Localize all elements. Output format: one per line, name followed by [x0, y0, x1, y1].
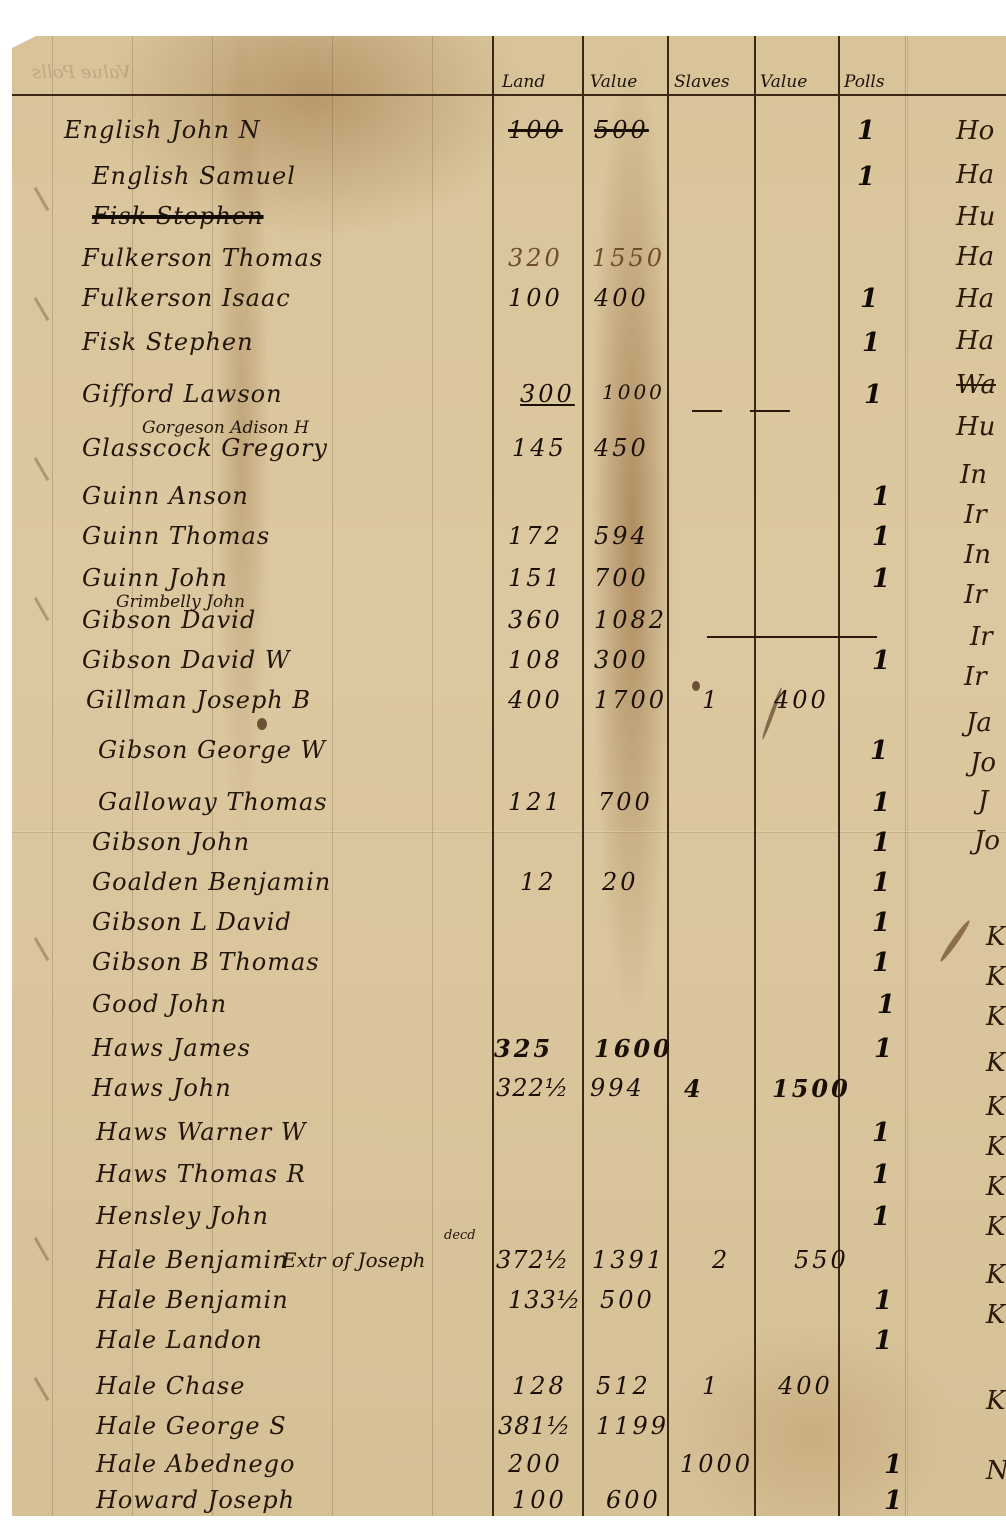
ledger-row: Guinn Thomas 172 594 1: [12, 522, 1006, 556]
slaves-count: 2: [712, 1246, 730, 1274]
land-value: 300: [594, 646, 649, 674]
polls-count: 1: [870, 736, 888, 766]
polls-count: 1: [860, 284, 878, 314]
taxpayer-name: Goalden Benjamin: [92, 868, 331, 896]
polls-count: 1: [872, 1160, 890, 1190]
taxpayer-name: Hale Benjamin: [96, 1286, 289, 1314]
land-value: 594: [594, 522, 649, 550]
land-value: 512: [596, 1372, 651, 1400]
adjacent-fragment: Ho: [956, 116, 994, 146]
polls-count: 1: [857, 162, 875, 192]
taxpayer-name: Hale Landon: [96, 1326, 263, 1354]
taxpayer-name: Guinn Thomas: [82, 522, 270, 550]
slaves-dash: [692, 410, 722, 412]
ledger-row: Howard Joseph 100 600 1: [12, 1486, 1006, 1520]
land-value: 450: [594, 434, 649, 462]
ledger-sheet: Value Polls Land Value Slaves Value Poll…: [12, 36, 1006, 1516]
ledger-row: Good John 1: [12, 990, 1006, 1024]
land-value: 20: [602, 868, 639, 896]
ledger-row: English John N 100 500 1: [12, 116, 1006, 150]
ledger-row: Gibson L David 1: [12, 908, 1006, 942]
land-acres: 360: [508, 606, 563, 634]
adjacent-fragment: K: [986, 1092, 1005, 1122]
adjacent-fragment: Jo: [970, 748, 996, 778]
land-value: 500: [600, 1286, 655, 1314]
adjacent-fragment: Ke: [986, 1386, 1006, 1416]
polls-count: 1: [874, 1034, 892, 1064]
taxpayer-name: Gibson David W: [82, 646, 291, 674]
polls-count: 1: [872, 646, 890, 676]
ledger-row: English Samuel 1: [12, 162, 1006, 196]
slaves-value: 400: [778, 1372, 833, 1400]
slaves-value: 550: [794, 1246, 849, 1274]
taxpayer-name: Gibson David: [82, 606, 256, 634]
ledger-row: Fulkerson Isaac 100 400 1: [12, 284, 1006, 318]
taxpayer-name: Hale Benjamin: [96, 1246, 289, 1274]
adjacent-fragment: K: [986, 1132, 1005, 1162]
polls-count: 1: [857, 116, 875, 146]
slaves-value: 1500: [772, 1074, 851, 1103]
polls-count: 1: [874, 1286, 892, 1316]
land-acres: 12: [520, 868, 557, 896]
ledger-row: Glasscock Gregory 145 450: [12, 434, 1006, 468]
polls-count: 1: [872, 1118, 890, 1148]
land-value: 1550: [592, 244, 665, 272]
taxpayer-name: English Samuel: [92, 162, 296, 190]
taxpayer-name: Hale Chase: [96, 1372, 245, 1400]
adjacent-fragment: K: [986, 1212, 1005, 1242]
ledger-row: Fulkerson Thomas 320 1550: [12, 244, 1006, 278]
taxpayer-name: Good John: [92, 990, 227, 1018]
land-acres: 300: [520, 380, 575, 408]
land-acres: 100: [512, 1486, 567, 1514]
land-acres: 322½: [496, 1074, 569, 1102]
slaves-count: 4: [684, 1074, 704, 1103]
land-value: 1600: [594, 1034, 673, 1063]
taxpayer-name: Haws Thomas R: [96, 1160, 306, 1188]
adjacent-fragment: J: [978, 786, 988, 816]
ledger-row: Guinn Anson 1: [12, 482, 1006, 516]
land-acres: 133½: [508, 1286, 581, 1314]
land-acres: 128: [512, 1372, 567, 1400]
ledger-row: Hale George S 381½ 1199: [12, 1412, 1006, 1446]
taxpayer-name: Fulkerson Isaac: [82, 284, 291, 312]
ledger-row: Haws Warner W 1: [12, 1118, 1006, 1152]
taxpayer-name: Fulkerson Thomas: [82, 244, 323, 272]
taxpayer-name: English John N: [64, 116, 261, 144]
land-acres: 100: [508, 116, 563, 144]
ledger-row: Fisk Stephen: [12, 202, 1006, 236]
taxpayer-name: Gibson B Thomas: [92, 948, 320, 976]
taxpayer-name: Fisk Stephen: [82, 328, 254, 356]
land-value: 400: [594, 284, 649, 312]
executor-note: Extr of Joseph: [282, 1248, 425, 1272]
polls-count: 1: [872, 522, 890, 552]
slaves-count: 1: [702, 686, 720, 714]
adjacent-fragment: N: [986, 1456, 1006, 1486]
taxpayer-name: Haws James: [92, 1034, 251, 1062]
slaves-count: 1: [702, 1372, 720, 1400]
land-value: 600: [606, 1486, 661, 1514]
ledger-row: Haws James 325 1600 1: [12, 1034, 1006, 1068]
land-value: 700: [598, 788, 653, 816]
ledger-row: Hale Benjamin 133½ 500 1: [12, 1286, 1006, 1320]
land-acres: 108: [508, 646, 563, 674]
adjacent-fragment: Ha: [956, 284, 994, 314]
adjacent-fragment: Ir: [964, 580, 987, 610]
polls-count: 1: [872, 908, 890, 938]
adjacent-fragment: K: [986, 1300, 1005, 1330]
taxpayer-name: Hale George S: [96, 1412, 287, 1440]
ledger-row: Gibson John 1: [12, 828, 1006, 862]
ledger-row: Hale Abednego 200 1000 1: [12, 1450, 1006, 1484]
polls-count: 1: [862, 328, 880, 358]
adjacent-fragment: K: [986, 1048, 1005, 1078]
ledger-row: Haws John 322½ 994 4 1500: [12, 1074, 1006, 1108]
land-acres: 381½: [498, 1412, 571, 1440]
polls-count: 1: [872, 948, 890, 978]
taxpayer-name: Hensley John: [96, 1202, 269, 1230]
adjacent-fragment: Hu: [956, 412, 995, 442]
land-value: 1000: [602, 380, 665, 404]
adjacent-fragment: Hu: [956, 202, 995, 232]
adjacent-fragment: Ir: [964, 500, 987, 530]
adjacent-fragment: Ir: [964, 662, 987, 692]
ledger-row: Gillman Joseph B 400 1700 1 400: [12, 686, 1006, 720]
taxpayer-name: Gibson L David: [92, 908, 292, 936]
adjacent-fragment: K: [986, 1260, 1005, 1290]
ledger-entries: English John N 100 500 1 English Samuel …: [12, 36, 1006, 1516]
taxpayer-name: Haws Warner W: [96, 1118, 307, 1146]
slaves-count: 1000: [680, 1450, 753, 1478]
taxpayer-name: Gibson George W: [98, 736, 326, 764]
polls-count: 1: [874, 1326, 892, 1356]
taxpayer-name: Fisk Stephen: [92, 202, 264, 230]
deceased-note: decd: [444, 1228, 476, 1243]
polls-count: 1: [872, 868, 890, 898]
taxpayer-name: Glasscock Gregory: [82, 434, 328, 462]
adjacent-fragment: K: [986, 922, 1005, 952]
ledger-row: Gibson David W 108 300 1: [12, 646, 1006, 680]
ledger-row: Gibson David 360 1082: [12, 606, 1006, 640]
ledger-row: Gibson George W 1: [12, 736, 1006, 770]
land-value: 500: [594, 116, 649, 144]
taxpayer-name: Guinn Anson: [82, 482, 249, 510]
total-rule: [707, 636, 877, 638]
taxpayer-name: Guinn John: [82, 564, 228, 592]
adjacent-fragment: Ha: [956, 160, 994, 190]
adjacent-fragment: Ir: [970, 622, 993, 652]
polls-count: 1: [872, 482, 890, 512]
adjacent-fragment: In: [960, 460, 987, 490]
polls-count: 1: [884, 1486, 902, 1516]
polls-count: 1: [877, 990, 895, 1020]
ledger-row: Galloway Thomas 121 700 1: [12, 788, 1006, 822]
ledger-row: Goalden Benjamin 12 20 1: [12, 868, 1006, 902]
adjacent-fragment: K: [986, 1172, 1005, 1202]
land-acres: 121: [508, 788, 563, 816]
land-acres: 320: [508, 244, 563, 272]
polls-count: 1: [872, 828, 890, 858]
land-value: 994: [590, 1074, 645, 1102]
adjacent-fragment: Wa: [956, 370, 996, 400]
land-acres: 151: [508, 564, 563, 592]
ledger-row: Hale Landon 1: [12, 1326, 1006, 1360]
land-value: 1700: [594, 686, 667, 714]
land-acres: 200: [508, 1450, 563, 1478]
slaves-value: 400: [774, 686, 829, 714]
taxpayer-name: Gibson John: [92, 828, 250, 856]
land-acres: 325: [494, 1034, 553, 1063]
taxpayer-name: Hale Abednego: [96, 1450, 295, 1478]
ledger-row: Gifford Lawson 300 1000 1: [12, 380, 1006, 414]
land-acres: 372½: [496, 1246, 569, 1274]
land-acres: 400: [508, 686, 563, 714]
ledger-row: Fisk Stephen 1: [12, 328, 1006, 362]
land-value: 1082: [594, 606, 667, 634]
taxpayer-name: Gillman Joseph B: [86, 686, 311, 714]
ledger-row: Haws Thomas R 1: [12, 1160, 1006, 1194]
polls-count: 1: [872, 788, 890, 818]
ledger-row: Hensley John 1: [12, 1202, 1006, 1236]
polls-count: 1: [864, 380, 882, 410]
ledger-row: Gibson B Thomas 1: [12, 948, 1006, 982]
polls-count: 1: [884, 1450, 902, 1480]
adjacent-fragment: Jo: [974, 826, 1000, 856]
land-acres: 100: [508, 284, 563, 312]
polls-count: 1: [872, 564, 890, 594]
taxpayer-name: Haws John: [92, 1074, 232, 1102]
land-acres: 172: [508, 522, 563, 550]
taxpayer-name: Howard Joseph: [96, 1486, 295, 1514]
adjacent-fragment: Ha: [956, 326, 994, 356]
land-acres: 145: [512, 434, 567, 462]
adjacent-fragment: In: [964, 540, 991, 570]
ledger-row: Hale Benjamin Extr of Joseph decd 372½ 1…: [12, 1246, 1006, 1280]
adjacent-fragment: Ha: [956, 242, 994, 272]
slaves-value-dash: [750, 410, 790, 412]
adjacent-fragment: Ja: [966, 708, 992, 738]
ledger-row: Hale Chase 128 512 1 400: [12, 1372, 1006, 1406]
taxpayer-name: Galloway Thomas: [98, 788, 328, 816]
adjacent-fragment: K: [986, 1002, 1005, 1032]
land-value: 1199: [596, 1412, 669, 1440]
adjacent-fragment: K: [986, 962, 1005, 992]
land-value: 1391: [592, 1246, 665, 1274]
taxpayer-name: Gifford Lawson: [82, 380, 283, 408]
polls-count: 1: [872, 1202, 890, 1232]
land-value: 700: [594, 564, 649, 592]
